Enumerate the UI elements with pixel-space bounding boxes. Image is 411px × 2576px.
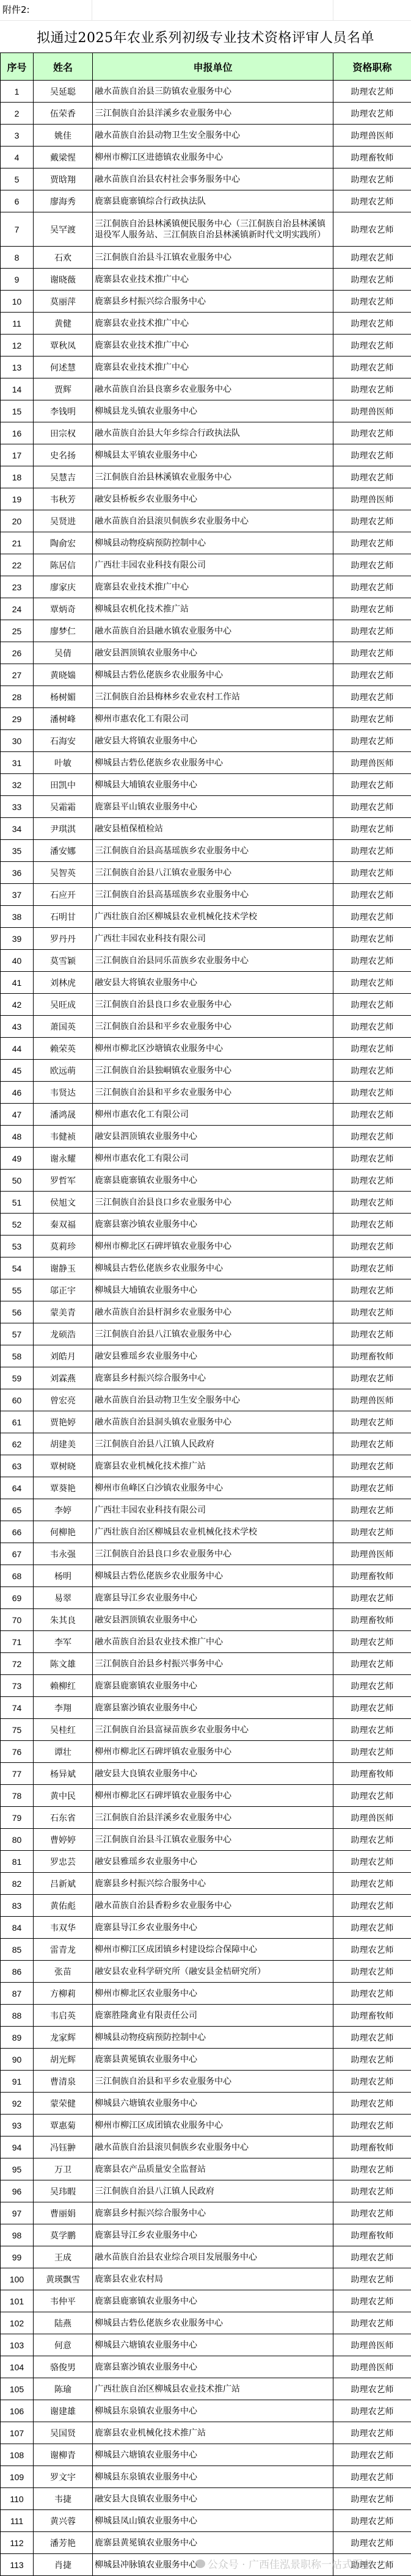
row-qualification: 助理农艺师: [333, 2422, 411, 2444]
row-unit: 融安县大将镇农业服务中心: [93, 972, 333, 994]
row-unit: 柳城县动物疫病预防控制中心: [93, 532, 333, 554]
row-unit: 柳州市柳北区石碑坪镇农业服务中心: [93, 1236, 333, 1257]
row-qualification: 助理农艺师: [333, 1455, 411, 1477]
row-qualification: 助理农艺师: [333, 1192, 411, 1214]
row-unit: 三江侗族自治县和平乡农业服务中心: [93, 1082, 333, 1104]
row-unit: 柳城县太平镇农业服务中心: [93, 444, 333, 466]
row-qualification: 助理农艺师: [333, 1214, 411, 1236]
row-index: 64: [1, 1477, 34, 1499]
row-index: 77: [1, 1763, 34, 1785]
row-index: 58: [1, 1345, 34, 1367]
table-row: 7吴罕渡三江侗族自治县林溪镇便民服务中心（三江侗族自治县林溪镇退役军人服务站、三…: [1, 212, 411, 247]
table-row: 90胡光辉鹿寨县黄冕镇农业服务中心助理农艺师: [1, 2049, 411, 2071]
row-name: 萧国英: [34, 1016, 93, 1038]
row-qualification: 助理农艺师: [333, 356, 411, 378]
row-index: 3: [1, 125, 34, 147]
table-row: 103何意柳城县六塘镇农业服务中心助理兽医师: [1, 2334, 411, 2356]
row-name: 叶敏: [34, 752, 93, 774]
row-name: 贾艳婷: [34, 1411, 93, 1433]
row-unit: 融水苗族自治县融水镇农业服务中心: [93, 620, 333, 642]
row-unit: 广西壮族自治区柳城县农业机械化技术学校: [93, 906, 333, 928]
row-name: 莫丽萍: [34, 291, 93, 313]
row-index: 51: [1, 1192, 34, 1214]
row-unit: 柳州市惠农化工有限公司: [93, 1148, 333, 1170]
row-index: 27: [1, 664, 34, 686]
row-name: 廖海秀: [34, 190, 93, 212]
row-unit: 三江侗族自治县斗江镇农业服务中心: [93, 1829, 333, 1851]
row-name: 黄晓媏: [34, 664, 93, 686]
row-name: 黄健: [34, 313, 93, 335]
row-unit: 融安县雅瑶乡农业服务中心: [93, 1345, 333, 1367]
row-qualification: 助理农艺师: [333, 2290, 411, 2312]
row-qualification: 助理农艺师: [333, 1741, 411, 1763]
table-row: 17史名扬柳城县太平镇农业服务中心助理农艺师: [1, 444, 411, 466]
row-qualification: 助理农艺师: [333, 1675, 411, 1697]
row-qualification: 助理农艺师: [333, 2027, 411, 2049]
row-name: 谢静玉: [34, 1257, 93, 1279]
row-index: 99: [1, 2246, 34, 2268]
row-unit: 融水苗族自治县农业技术推广中心: [93, 1631, 333, 1653]
row-qualification: 助理农艺师: [333, 2554, 411, 2576]
row-index: 110: [1, 2488, 34, 2510]
row-qualification: 助理兽医师: [333, 1389, 411, 1411]
row-unit: 鹿寨县黄冕镇农业服务中心: [93, 2532, 333, 2554]
row-unit: 融安县雅瑶乡农业服务中心: [93, 1851, 333, 1873]
row-index: 61: [1, 1411, 34, 1433]
row-qualification: 助理农艺师: [333, 2158, 411, 2180]
row-qualification: 助理农艺师: [333, 510, 411, 532]
row-unit: 融水苗族自治县农业综合项目发展服务中心: [93, 2246, 333, 2268]
row-index: 96: [1, 2180, 34, 2202]
table-row: 23廖家庆鹿寨县农业技术推广中心助理农艺师: [1, 576, 411, 598]
table-row: 26吴倩融安县泗顶镇农业服务中心助理农艺师: [1, 642, 411, 664]
row-index: 20: [1, 510, 34, 532]
row-name: 欧远萌: [34, 1060, 93, 1082]
row-unit: 三江侗族自治县和平乡农业服务中心: [93, 1016, 333, 1038]
row-qualification: 助理农艺师: [333, 2180, 411, 2202]
table-row: 95万卫鹿寨县农产品质量安全监督站助理农艺师: [1, 2158, 411, 2180]
row-index: 67: [1, 1543, 34, 1565]
row-index: 33: [1, 796, 34, 818]
row-index: 53: [1, 1236, 34, 1257]
row-name: 黄瑛飘雪: [34, 2268, 93, 2290]
row-unit: 三江侗族自治县林溪镇农业服务中心: [93, 466, 333, 488]
row-name: 赖柳红: [34, 1675, 93, 1697]
row-qualification: 助理农艺师: [333, 1939, 411, 1961]
row-unit: 鹿寨县寨沙镇农业服务中心: [93, 1697, 333, 1719]
table-row: 101韦仲平鹿寨县鹿寨镇农业服务中心助理农艺师: [1, 2290, 411, 2312]
row-index: 37: [1, 884, 34, 906]
row-index: 40: [1, 950, 34, 972]
row-name: 曾宏亮: [34, 1389, 93, 1411]
row-qualification: 助理农艺师: [333, 1104, 411, 1126]
row-qualification: 助理农艺师: [333, 1148, 411, 1170]
row-index: 12: [1, 335, 34, 356]
table-row: 64覃葵艳柳州市鱼峰区白沙镇农业服务中心助理农艺师: [1, 1477, 411, 1499]
table-row: 102陆燕柳城县古砦仫佬族乡农业服务中心助理农艺师: [1, 2312, 411, 2334]
row-index: 73: [1, 1675, 34, 1697]
empty-cell: [333, 0, 411, 20]
row-name: 罗文宇: [34, 2466, 93, 2488]
row-name: 万卫: [34, 2158, 93, 2180]
row-qualification: 助理农艺师: [333, 466, 411, 488]
row-name: 吴玮暇: [34, 2180, 93, 2202]
table-row: 36吴智英三江侗族自治县八江镇农业服务中心助理农艺师: [1, 862, 411, 884]
row-name: 肖捷: [34, 2554, 93, 2576]
row-index: 35: [1, 840, 34, 862]
row-name: 陈居信: [34, 554, 93, 576]
row-name: 韦贤达: [34, 1082, 93, 1104]
row-index: 41: [1, 972, 34, 994]
row-qualification: 助理农艺师: [333, 1785, 411, 1807]
row-index: 4: [1, 147, 34, 168]
row-index: 101: [1, 2290, 34, 2312]
row-unit: 鹿寨县寨沙镇农业服务中心: [93, 2356, 333, 2378]
row-qualification: 助理农艺师: [333, 335, 411, 356]
table-row: 73赖柳红鹿寨县鹿寨镇农业服务中心助理农艺师: [1, 1675, 411, 1697]
row-qualification: 助理农艺师: [333, 1851, 411, 1873]
table-row: 78黄中民柳州市柳北区石碑坪镇农业服务中心助理农艺师: [1, 1785, 411, 1807]
row-index: 75: [1, 1719, 34, 1741]
row-index: 15: [1, 400, 34, 422]
row-name: 吴贤进: [34, 510, 93, 532]
row-unit: 柳城县古砦仫佬族乡农业服务中心: [93, 664, 333, 686]
row-name: 曹丽娟: [34, 2202, 93, 2224]
table-row: 71李军融水苗族自治县农业技术推广中心助理农艺师: [1, 1631, 411, 1653]
row-qualification: 助理农艺师: [333, 2071, 411, 2093]
row-qualification: 助理农艺师: [333, 190, 411, 212]
row-index: 9: [1, 269, 34, 291]
row-index: 106: [1, 2400, 34, 2422]
table-row: 48韦健祯融安县泗顶镇农业服务中心助理农艺师: [1, 1126, 411, 1148]
row-unit: 柳州市柳江区成团镇农业服务中心: [93, 2115, 333, 2136]
row-unit: 柳城县东泉镇农业服务中心: [93, 2400, 333, 2422]
row-qualification: 助理农艺师: [333, 906, 411, 928]
row-name: 胡建美: [34, 1433, 93, 1455]
row-qualification: 助理农艺师: [333, 1719, 411, 1741]
row-unit: 柳城县古砦仫佬族乡农业服务中心: [93, 2312, 333, 2334]
row-name: 朱其良: [34, 1609, 93, 1631]
table-row: 9谢晓薇鹿寨县农业技术推广中心助理农艺师: [1, 269, 411, 291]
row-unit: 三江侗族自治县洋溪乡农业服务中心: [93, 103, 333, 125]
row-unit: 鹿寨县农业机械化技术推广站: [93, 2422, 333, 2444]
row-name: 李军: [34, 1631, 93, 1653]
row-qualification: 助理农艺师: [333, 1697, 411, 1719]
empty-cell: [92, 0, 333, 20]
row-name: 邬正宇: [34, 1279, 93, 1301]
row-index: 90: [1, 2049, 34, 2071]
row-qualification: 助理农艺师: [333, 642, 411, 664]
spreadsheet-document: 附件2: 拟通过2025年农业系列初级专业技术资格评审人员名单 序号 姓名 申报…: [0, 0, 411, 2576]
row-unit: 鹿寨县农产品质量安全监督站: [93, 2158, 333, 2180]
row-name: 石欢: [34, 247, 93, 269]
row-unit: 融安县农业科学研究所（融安县金桔研究所）: [93, 1961, 333, 1983]
row-name: 覃葵艳: [34, 1477, 93, 1499]
row-index: 47: [1, 1104, 34, 1126]
row-index: 88: [1, 2005, 34, 2027]
row-name: 戴梁惺: [34, 147, 93, 168]
table-row: 76谭壮柳州市柳北区石碑坪镇农业服务中心助理农艺师: [1, 1741, 411, 1763]
row-index: 86: [1, 1961, 34, 1983]
row-name: 吴桂红: [34, 1719, 93, 1741]
row-unit: 柳城县六塘镇农业服务中心: [93, 2093, 333, 2115]
table-row: 18吴慧吉三江侗族自治县林溪镇农业服务中心助理农艺师: [1, 466, 411, 488]
table-row: 57龙硕浩三江侗族自治县八江镇农业服务中心助理农艺师: [1, 1323, 411, 1345]
row-qualification: 助理农艺师: [333, 532, 411, 554]
table-row: 109罗文宇柳城县东泉镇农业服务中心助理农艺师: [1, 2466, 411, 2488]
table-row: 58刘皓月融安县雅瑶乡农业服务中心助理畜牧师: [1, 1345, 411, 1367]
table-row: 91曹清泉三江侗族自治县和平乡农业服务中心助理农艺师: [1, 2071, 411, 2093]
row-unit: 鹿寨县鹿寨镇综合行政执法队: [93, 190, 333, 212]
table-row: 86张苗融安县农业科学研究所（融安县金桔研究所）助理农艺师: [1, 1961, 411, 1983]
header-unit: 申报单位: [93, 53, 333, 81]
row-index: 84: [1, 1917, 34, 1939]
row-qualification: 助理农艺师: [333, 212, 411, 247]
row-unit: 三江侗族自治县同乐苗族乡农业服务中心: [93, 950, 333, 972]
table-row: 63覃树晓鹿寨县农业机械化技术推广站助理农艺师: [1, 1455, 411, 1477]
table-row: 44赖荣英柳州市柳北区沙塘镇农业服务中心助理农艺师: [1, 1038, 411, 1060]
row-index: 8: [1, 247, 34, 269]
table-row: 54谢静玉柳城县古砦仫佬族乡农业服务中心助理农艺师: [1, 1257, 411, 1279]
row-name: 莫雪颖: [34, 950, 93, 972]
row-unit: 柳州市鱼峰区白沙镇农业服务中心: [93, 1477, 333, 1499]
row-qualification: 助理农艺师: [333, 554, 411, 576]
row-unit: 鹿寨县平山镇农业服务中心: [93, 796, 333, 818]
row-index: 82: [1, 1873, 34, 1895]
table-row: 55邬正宇柳城县大埔镇农业服务中心助理农艺师: [1, 1279, 411, 1301]
row-qualification: 助理农艺师: [333, 1082, 411, 1104]
row-name: 田宗权: [34, 422, 93, 444]
row-index: 102: [1, 2312, 34, 2334]
row-qualification: 助理农艺师: [333, 1279, 411, 1301]
row-name: 方柳莉: [34, 1983, 93, 2005]
row-name: 贾晗翔: [34, 168, 93, 190]
row-unit: 三江侗族自治县林溪镇便民服务中心（三江侗族自治县林溪镇退役军人服务站、三江侗族自…: [93, 212, 333, 247]
row-name: 韦捷: [34, 2488, 93, 2510]
row-qualification: 助理农艺师: [333, 598, 411, 620]
row-index: 6: [1, 190, 34, 212]
row-index: 46: [1, 1082, 34, 1104]
table-row: 88韦启英鹿寨胜隆禽业有限责任公司助理畜牧师: [1, 2005, 411, 2027]
row-qualification: 助理农艺师: [333, 2400, 411, 2422]
row-name: 覃炳奇: [34, 598, 93, 620]
table-body: 1吴延聪融水苗族自治县三防镇农业服务中心助理农艺师2伍荣香三江侗族自治县洋溪乡农…: [1, 81, 411, 2576]
table-row: 51侯旭文三江侗族自治县良口乡农业服务中心助理农艺师: [1, 1192, 411, 1214]
row-unit: 三江侗族自治县洋溪乡农业服务中心: [93, 1807, 333, 1829]
table-header-row: 序号 姓名 申报单位 资格职称: [1, 53, 411, 81]
table-row: 79石东省三江侗族自治县洋溪乡农业服务中心助理兽医师: [1, 1807, 411, 1829]
table-row: 85雷青龙柳州市柳江区成团镇乡村建设综合保障中心助理农艺师: [1, 1939, 411, 1961]
row-name: 韦启英: [34, 2005, 93, 2027]
row-index: 87: [1, 1983, 34, 2005]
row-qualification: 助理农艺师: [333, 378, 411, 400]
row-unit: 柳州市惠农化工有限公司: [93, 708, 333, 730]
row-name: 吴慧吉: [34, 466, 93, 488]
table-row: 19韦秋芳融安县桥板乡农业服务中心助理兽医师: [1, 488, 411, 510]
table-row: 35潘安娜三江侗族自治县高基瑶族乡农业服务中心助理农艺师: [1, 840, 411, 862]
row-name: 莫学鹏: [34, 2224, 93, 2246]
table-row: 50罗哲军鹿寨县鹿寨镇农业服务中心助理农艺师: [1, 1170, 411, 1192]
row-qualification: 助理农艺师: [333, 862, 411, 884]
row-unit: 三江侗族自治县良口乡农业服务中心: [93, 994, 333, 1016]
row-index: 111: [1, 2510, 34, 2532]
table-row: 12覃秋凤鹿寨县农业技术推广中心助理农艺师: [1, 335, 411, 356]
row-qualification: 助理畜牧师: [333, 2136, 411, 2158]
row-qualification: 助理农艺师: [333, 103, 411, 125]
row-name: 石海安: [34, 730, 93, 752]
row-index: 69: [1, 1587, 34, 1609]
row-qualification: 助理农艺师: [333, 269, 411, 291]
row-qualification: 助理农艺师: [333, 796, 411, 818]
row-qualification: 助理农艺师: [333, 1038, 411, 1060]
attachment-label: 附件2:: [0, 0, 92, 20]
table-row: 1吴延聪融水苗族自治县三防镇农业服务中心助理农艺师: [1, 81, 411, 103]
row-unit: 柳城县大埔镇农业服务中心: [93, 774, 333, 796]
row-index: 2: [1, 103, 34, 125]
row-unit: 柳城县龙头镇农业服务中心: [93, 400, 333, 422]
row-unit: 鹿寨县鹿寨镇农业服务中心: [93, 1170, 333, 1192]
row-unit: 融水苗族自治县滚贝侗族乡农业服务中心: [93, 2136, 333, 2158]
table-row: 65李婷广西壮丰园农业科技有限公司助理农艺师: [1, 1499, 411, 1521]
row-index: 81: [1, 1851, 34, 1873]
table-row: 68杨明柳城县古砦仫佬族乡农业服务中心助理畜牧师: [1, 1565, 411, 1587]
row-name: 何柳艳: [34, 1521, 93, 1543]
row-unit: 融安县桥板乡农业服务中心: [93, 488, 333, 510]
row-index: 104: [1, 2356, 34, 2378]
row-name: 田凯中: [34, 774, 93, 796]
row-unit: 鹿寨县导江乡农业服务中心: [93, 2224, 333, 2246]
row-unit: 融安县泗顶镇农业服务中心: [93, 642, 333, 664]
row-index: 29: [1, 708, 34, 730]
row-index: 89: [1, 2027, 34, 2049]
row-unit: 柳州市柳北区农业服务中心: [93, 1983, 333, 2005]
row-qualification: 助理农艺师: [333, 840, 411, 862]
table-row: 49谢永耀柳州市惠农化工有限公司助理农艺师: [1, 1148, 411, 1170]
table-row: 81罗忠芸融安县雅瑶乡农业服务中心助理农艺师: [1, 1851, 411, 1873]
row-index: 60: [1, 1389, 34, 1411]
row-qualification: 助理农艺师: [333, 2268, 411, 2290]
row-qualification: 助理农艺师: [333, 620, 411, 642]
row-name: 谭壮: [34, 1741, 93, 1763]
row-index: 7: [1, 212, 34, 247]
row-unit: 柳城县古砦仫佬族乡农业服务中心: [93, 752, 333, 774]
table-row: 89龙家辉柳城县动物疫病预防控制中心助理农艺师: [1, 2027, 411, 2049]
row-index: 59: [1, 1367, 34, 1389]
row-unit: 融安县大良镇农业服务中心: [93, 2488, 333, 2510]
table-row: 53莫莉珍柳州市柳北区石碑坪镇农业服务中心助理农艺师: [1, 1236, 411, 1257]
table-row: 105陈瑜广西壮族自治区柳城县农业技术推广站助理农艺师: [1, 2378, 411, 2400]
row-unit: 三江侗族自治县高基瑶族乡农业服务中心: [93, 884, 333, 906]
row-qualification: 助理农艺师: [333, 291, 411, 313]
row-name: 韦永强: [34, 1543, 93, 1565]
row-qualification: 助理农艺师: [333, 1126, 411, 1148]
row-qualification: 助理农艺师: [333, 1653, 411, 1675]
row-unit: 柳州市柳北区石碑坪镇农业服务中心: [93, 1785, 333, 1807]
row-name: 吴国贤: [34, 2422, 93, 2444]
row-name: 杨异斌: [34, 1763, 93, 1785]
row-index: 21: [1, 532, 34, 554]
row-index: 23: [1, 576, 34, 598]
table-row: 70朱其良融安县泗顶镇农业服务中心助理畜牧师: [1, 1609, 411, 1631]
row-name: 石东省: [34, 1807, 93, 1829]
row-name: 曹清泉: [34, 2071, 93, 2093]
table-row: 22陈居信广西壮丰园农业科技有限公司助理农艺师: [1, 554, 411, 576]
row-name: 莫莉珍: [34, 1236, 93, 1257]
table-row: 74李翔鹿寨县寨沙镇农业服务中心助理农艺师: [1, 1697, 411, 1719]
row-name: 吕新斌: [34, 1873, 93, 1895]
row-qualification: 助理畜牧师: [333, 1565, 411, 1587]
row-index: 36: [1, 862, 34, 884]
row-name: 何意: [34, 2334, 93, 2356]
row-index: 76: [1, 1741, 34, 1763]
row-name: 罗丹丹: [34, 928, 93, 950]
row-unit: 三江侗族自治县独峒镇农业服务中心: [93, 1060, 333, 1082]
row-qualification: 助理农艺师: [333, 1236, 411, 1257]
row-name: 赖荣英: [34, 1038, 93, 1060]
table-row: 5贾晗翔融水苗族自治县农村社会事务服务中心助理农艺师: [1, 168, 411, 190]
row-unit: 柳州市柳北区沙塘镇农业服务中心: [93, 1038, 333, 1060]
row-name: 廖家庆: [34, 576, 93, 598]
row-unit: 柳城县东泉镇农业服务中心: [93, 2466, 333, 2488]
row-qualification: 助理农艺师: [333, 1060, 411, 1082]
table-row: 32田凯中柳城县大埔镇农业服务中心助理农艺师: [1, 774, 411, 796]
table-row: 75吴桂红三江侗族自治县富禄苗族乡农业服务中心助理农艺师: [1, 1719, 411, 1741]
row-qualification: 助理农艺师: [333, 313, 411, 335]
row-index: 50: [1, 1170, 34, 1192]
row-name: 吴旺成: [34, 994, 93, 1016]
row-unit: 三江侗族自治县八江镇人民政府: [93, 2180, 333, 2202]
row-index: 34: [1, 818, 34, 840]
row-unit: 鹿寨县寨沙镇农业服务中心: [93, 1214, 333, 1236]
row-qualification: 助理农艺师: [333, 81, 411, 103]
row-unit: 融安县大将镇农业服务中心: [93, 730, 333, 752]
row-qualification: 助理农艺师: [333, 1323, 411, 1345]
row-name: 曹婷婷: [34, 1829, 93, 1851]
row-unit: 融水苗族自治县农村社会事务服务中心: [93, 168, 333, 190]
table-row: 8石欢三江侗族自治县斗江镇农业服务中心助理农艺师: [1, 247, 411, 269]
row-unit: 鹿寨县鹿寨镇农业服务中心: [93, 2290, 333, 2312]
row-name: 李翔: [34, 1697, 93, 1719]
row-qualification: 助理农艺师: [333, 2246, 411, 2268]
table-row: 13何述慧鹿寨县农业技术推广中心助理农艺师: [1, 356, 411, 378]
row-qualification: 助理兽医师: [333, 400, 411, 422]
row-unit: 柳城县古砦仫佬族乡农业服务中心: [93, 1257, 333, 1279]
row-unit: 柳城县农机化技术推广站: [93, 598, 333, 620]
row-unit: 鹿寨胜隆禽业有限责任公司: [93, 2005, 333, 2027]
row-unit: 柳城县动物疫病预防控制中心: [93, 2027, 333, 2049]
row-qualification: 助理农艺师: [333, 444, 411, 466]
row-qualification: 助理农艺师: [333, 928, 411, 950]
row-qualification: 助理畜牧师: [333, 2005, 411, 2027]
row-index: 113: [1, 2554, 34, 2576]
row-qualification: 助理农艺师: [333, 686, 411, 708]
row-name: 黄佑彪: [34, 1895, 93, 1917]
row-name: 覃秋凤: [34, 335, 93, 356]
row-index: 80: [1, 1829, 34, 1851]
row-qualification: 助理农艺师: [333, 730, 411, 752]
row-index: 48: [1, 1126, 34, 1148]
row-name: 侯旭文: [34, 1192, 93, 1214]
table-row: 84韦双华鹿寨县导江乡农业服务中心助理农艺师: [1, 1917, 411, 1939]
row-index: 105: [1, 2378, 34, 2400]
table-row: 107吴国贤鹿寨县农业机械化技术推广站助理农艺师: [1, 2422, 411, 2444]
row-index: 18: [1, 466, 34, 488]
row-qualification: 助理农艺师: [333, 1829, 411, 1851]
row-unit: 融水苗族自治县滚贝侗族乡农业服务中心: [93, 510, 333, 532]
table-row: 2伍荣香三江侗族自治县洋溪乡农业服务中心助理农艺师: [1, 103, 411, 125]
table-row: 25廖梦仁融水苗族自治县融水镇农业服务中心助理农艺师: [1, 620, 411, 642]
row-qualification: 助理农艺师: [333, 1016, 411, 1038]
